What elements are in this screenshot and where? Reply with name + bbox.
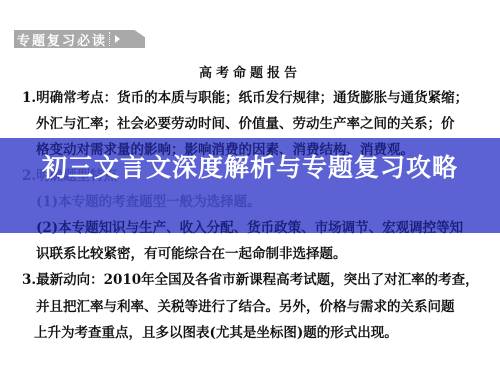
report-line: 上升为考查重点，且多以图表(尤其是坐标图)题的形式出现。 [34, 321, 398, 341]
document-page: 专题复习必读 高考命题报告 1.明确常考点：货币的本质与职能；纸币发行规律；通货… [0, 0, 500, 375]
report-line: 1.明确常考点：货币的本质与职能；纸币发行规律；通货膨胀与通货紧缩； [22, 86, 468, 106]
report-title: 高考命题报告 [0, 62, 500, 81]
report-line: (2)本专题知识与生产、收入分配、货币政策、市场调节、宏观调控等知 [36, 216, 463, 236]
overlay-title: 初三文言文深度解析与专题复习攻略 [40, 150, 460, 186]
report-line: 并且把汇率与利率、关税等进行了结合。另外，价格与需求的关系问题 [36, 295, 455, 315]
tag-divider [109, 32, 111, 46]
play-arrow-icon [115, 35, 120, 43]
section-tag: 专题复习必读 [14, 30, 145, 48]
report-line: 识联系比较紧密，有可能综合在一起命制非选择题。 [36, 242, 347, 262]
report-line: 外汇与汇率；社会必要劳动时间、价值量、劳动生产率之间的关系；价 [36, 112, 455, 132]
report-line: 3.最新动向：2010年全国及各省市新课程高考试题，突出了对汇率的考查， [22, 268, 479, 288]
section-tag-label: 专题复习必读 [17, 30, 107, 49]
